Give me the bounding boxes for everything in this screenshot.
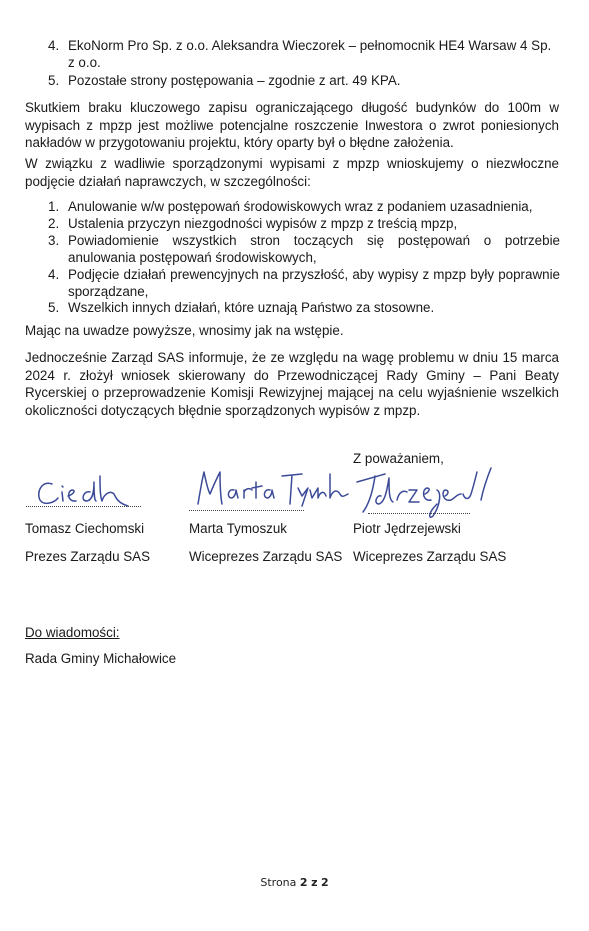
list-number: 4. [48,37,59,54]
list-item: 4. Podjęcie działań prewencyjnych na prz… [48,266,560,300]
signatory-name: Tomasz Ciechomski [25,521,144,536]
signatory-title: Prezes Zarządu SAS [25,549,150,564]
signature-jedrzejewski [345,460,495,525]
signatory-name: Marta Tymoszuk [189,521,287,536]
page-separator: z [311,876,317,889]
signatory-name: Piotr Jędrzejewski [353,521,461,536]
list-number: 2. [48,215,59,232]
cc-heading: Do wiadomości: [25,625,120,640]
signature-tymoszuk [190,466,350,511]
page-total: 2 [321,876,329,889]
list-number: 5. [48,72,59,89]
list-text: Wszelkich innych działań, które uznają P… [68,299,560,316]
signatory-title: Wiceprezes Zarządu SAS [189,549,342,564]
paragraph-conclusion: Mając na uwadze powyższe, wnosimy jak na… [25,322,559,340]
signature-line [26,506,141,507]
list-number: 4. [48,266,59,283]
list-text: Powiadomienie wszystkich stron toczących… [68,232,560,266]
list-text: Anulowanie w/w postępowań środowiskowych… [68,198,560,215]
list-text: EkoNorm Pro Sp. z o.o. Aleksandra Wieczo… [68,37,560,71]
list-text: Ustalenia przyczyn niezgodności wypisów … [68,215,560,232]
page-label: Strona [260,876,296,889]
paragraph-claim: Skutkiem braku kluczowego zapisu ogranic… [25,99,559,152]
list-number: 1. [48,198,59,215]
list-item: 1. Anulowanie w/w postępowań środowiskow… [48,198,560,215]
signatory-title: Wiceprezes Zarządu SAS [353,549,506,564]
list-item: 5. Pozostałe strony postępowania – zgodn… [48,72,560,89]
signature-line [189,510,304,511]
list-item: 5. Wszelkich innych działań, które uznaj… [48,299,560,316]
list-number: 5. [48,299,59,316]
list-item: 2. Ustalenia przyczyn niezgodności wypis… [48,215,560,232]
page-footer: Strona 2 z 2 [0,876,589,889]
paragraph-request: W związku z wadliwie sporządzonymi wypis… [25,155,559,190]
signature-line [368,513,470,514]
cc-recipient: Rada Gminy Michałowice [25,651,176,666]
list-text: Pozostałe strony postępowania – zgodnie … [68,72,560,89]
list-item: 4. EkoNorm Pro Sp. z o.o. Aleksandra Wie… [48,37,560,71]
page-current: 2 [300,876,308,889]
signature-ciechomski [30,470,140,510]
list-text: Podjęcie działań prewencyjnych na przysz… [68,266,560,300]
list-item: 3. Powiadomienie wszystkich stron tocząc… [48,232,560,266]
list-number: 3. [48,232,59,249]
paragraph-commission: Jednocześnie Zarząd SAS informuje, że ze… [25,349,559,419]
